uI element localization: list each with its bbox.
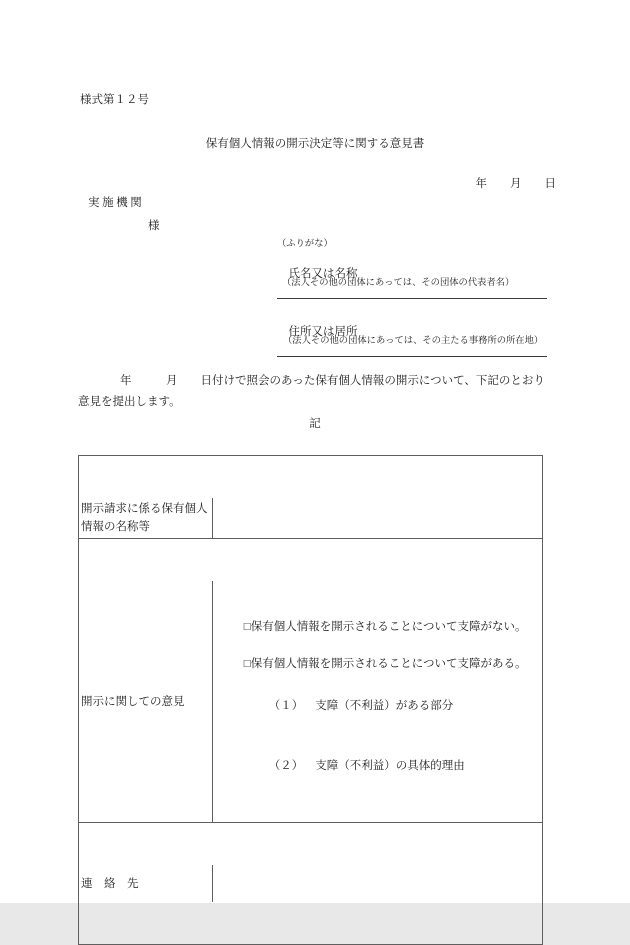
table-row-subject: 開示請求に係る保有個人情報の名称等	[79, 498, 542, 539]
sub-item-1-number: （１）	[269, 700, 304, 712]
contact-row-label: 連 絡 先	[79, 865, 213, 902]
recipient-honorific: 様	[148, 219, 160, 233]
name-note: （法人その他の団体にあっては、その団体の代表者名）	[282, 276, 514, 290]
opinion-row-content-cell: □保有個人情報を開示されることについて支障がない。 □保有個人情報を開示されるこ…	[213, 581, 542, 822]
document-page: 様式第１２号 保有個人情報の開示決定等に関する意見書 年 月 日 実施機関 様 …	[0, 0, 630, 903]
option-objection: □保有個人情報を開示されることについて支障がある。	[215, 643, 526, 685]
section-mark: 記	[0, 417, 630, 431]
sub-item-2: （２）支障（不利益）の具体的理由	[240, 745, 465, 787]
table-row-opinion: 開示に関しての意見 □保有個人情報を開示されることについて支障がない。 □保有個…	[79, 581, 542, 823]
opinion-row-label-cell: 開示に関しての意見	[79, 581, 213, 822]
body-paragraph-line2: 意見を提出します。	[78, 395, 181, 409]
sub-item-2-number: （２）	[269, 760, 304, 772]
checkbox-unchecked-icon: □	[244, 621, 251, 633]
document-title: 保有個人情報の開示決定等に関する意見書	[0, 137, 630, 151]
sub-item-2-label: 支障（不利益）の具体的理由	[315, 760, 465, 772]
option-no-objection: □保有個人情報を開示されることについて支障がない。	[215, 606, 526, 648]
opinion-table: 開示請求に係る保有個人情報の名称等 開示に関しての意見 □保有個人情報を開示され…	[78, 455, 543, 945]
subject-row-label: 開示請求に係る保有個人情報の名称等	[79, 498, 213, 538]
furigana-label: （ふりがな）	[277, 237, 333, 251]
date-line: 年 月 日	[476, 177, 557, 191]
body-paragraph-line1: 年 月 日付けで照会のあった保有個人情報の開示について、下記のとおり	[78, 374, 558, 388]
table-row-contact: 連 絡 先	[79, 865, 542, 902]
option-objection-label: 保有個人情報を開示されることについて支障がある。	[251, 658, 527, 670]
address-note: （法人その他の団体にあっては、その主たる事務所の所在地）	[283, 334, 543, 348]
form-number: 様式第１２号	[80, 93, 149, 107]
sub-item-1: （１）支障（不利益）がある部分	[240, 685, 453, 727]
opinion-row-label: 開示に関しての意見	[81, 695, 185, 709]
checkbox-unchecked-icon: □	[244, 658, 251, 670]
subject-row-value-cell	[213, 498, 542, 538]
sub-item-1-label: 支障（不利益）がある部分	[315, 700, 453, 712]
contact-row-value-cell	[213, 865, 542, 902]
recipient-agency: 実施機関	[88, 196, 144, 210]
option-no-objection-label: 保有個人情報を開示されることについて支障がない。	[251, 621, 527, 633]
